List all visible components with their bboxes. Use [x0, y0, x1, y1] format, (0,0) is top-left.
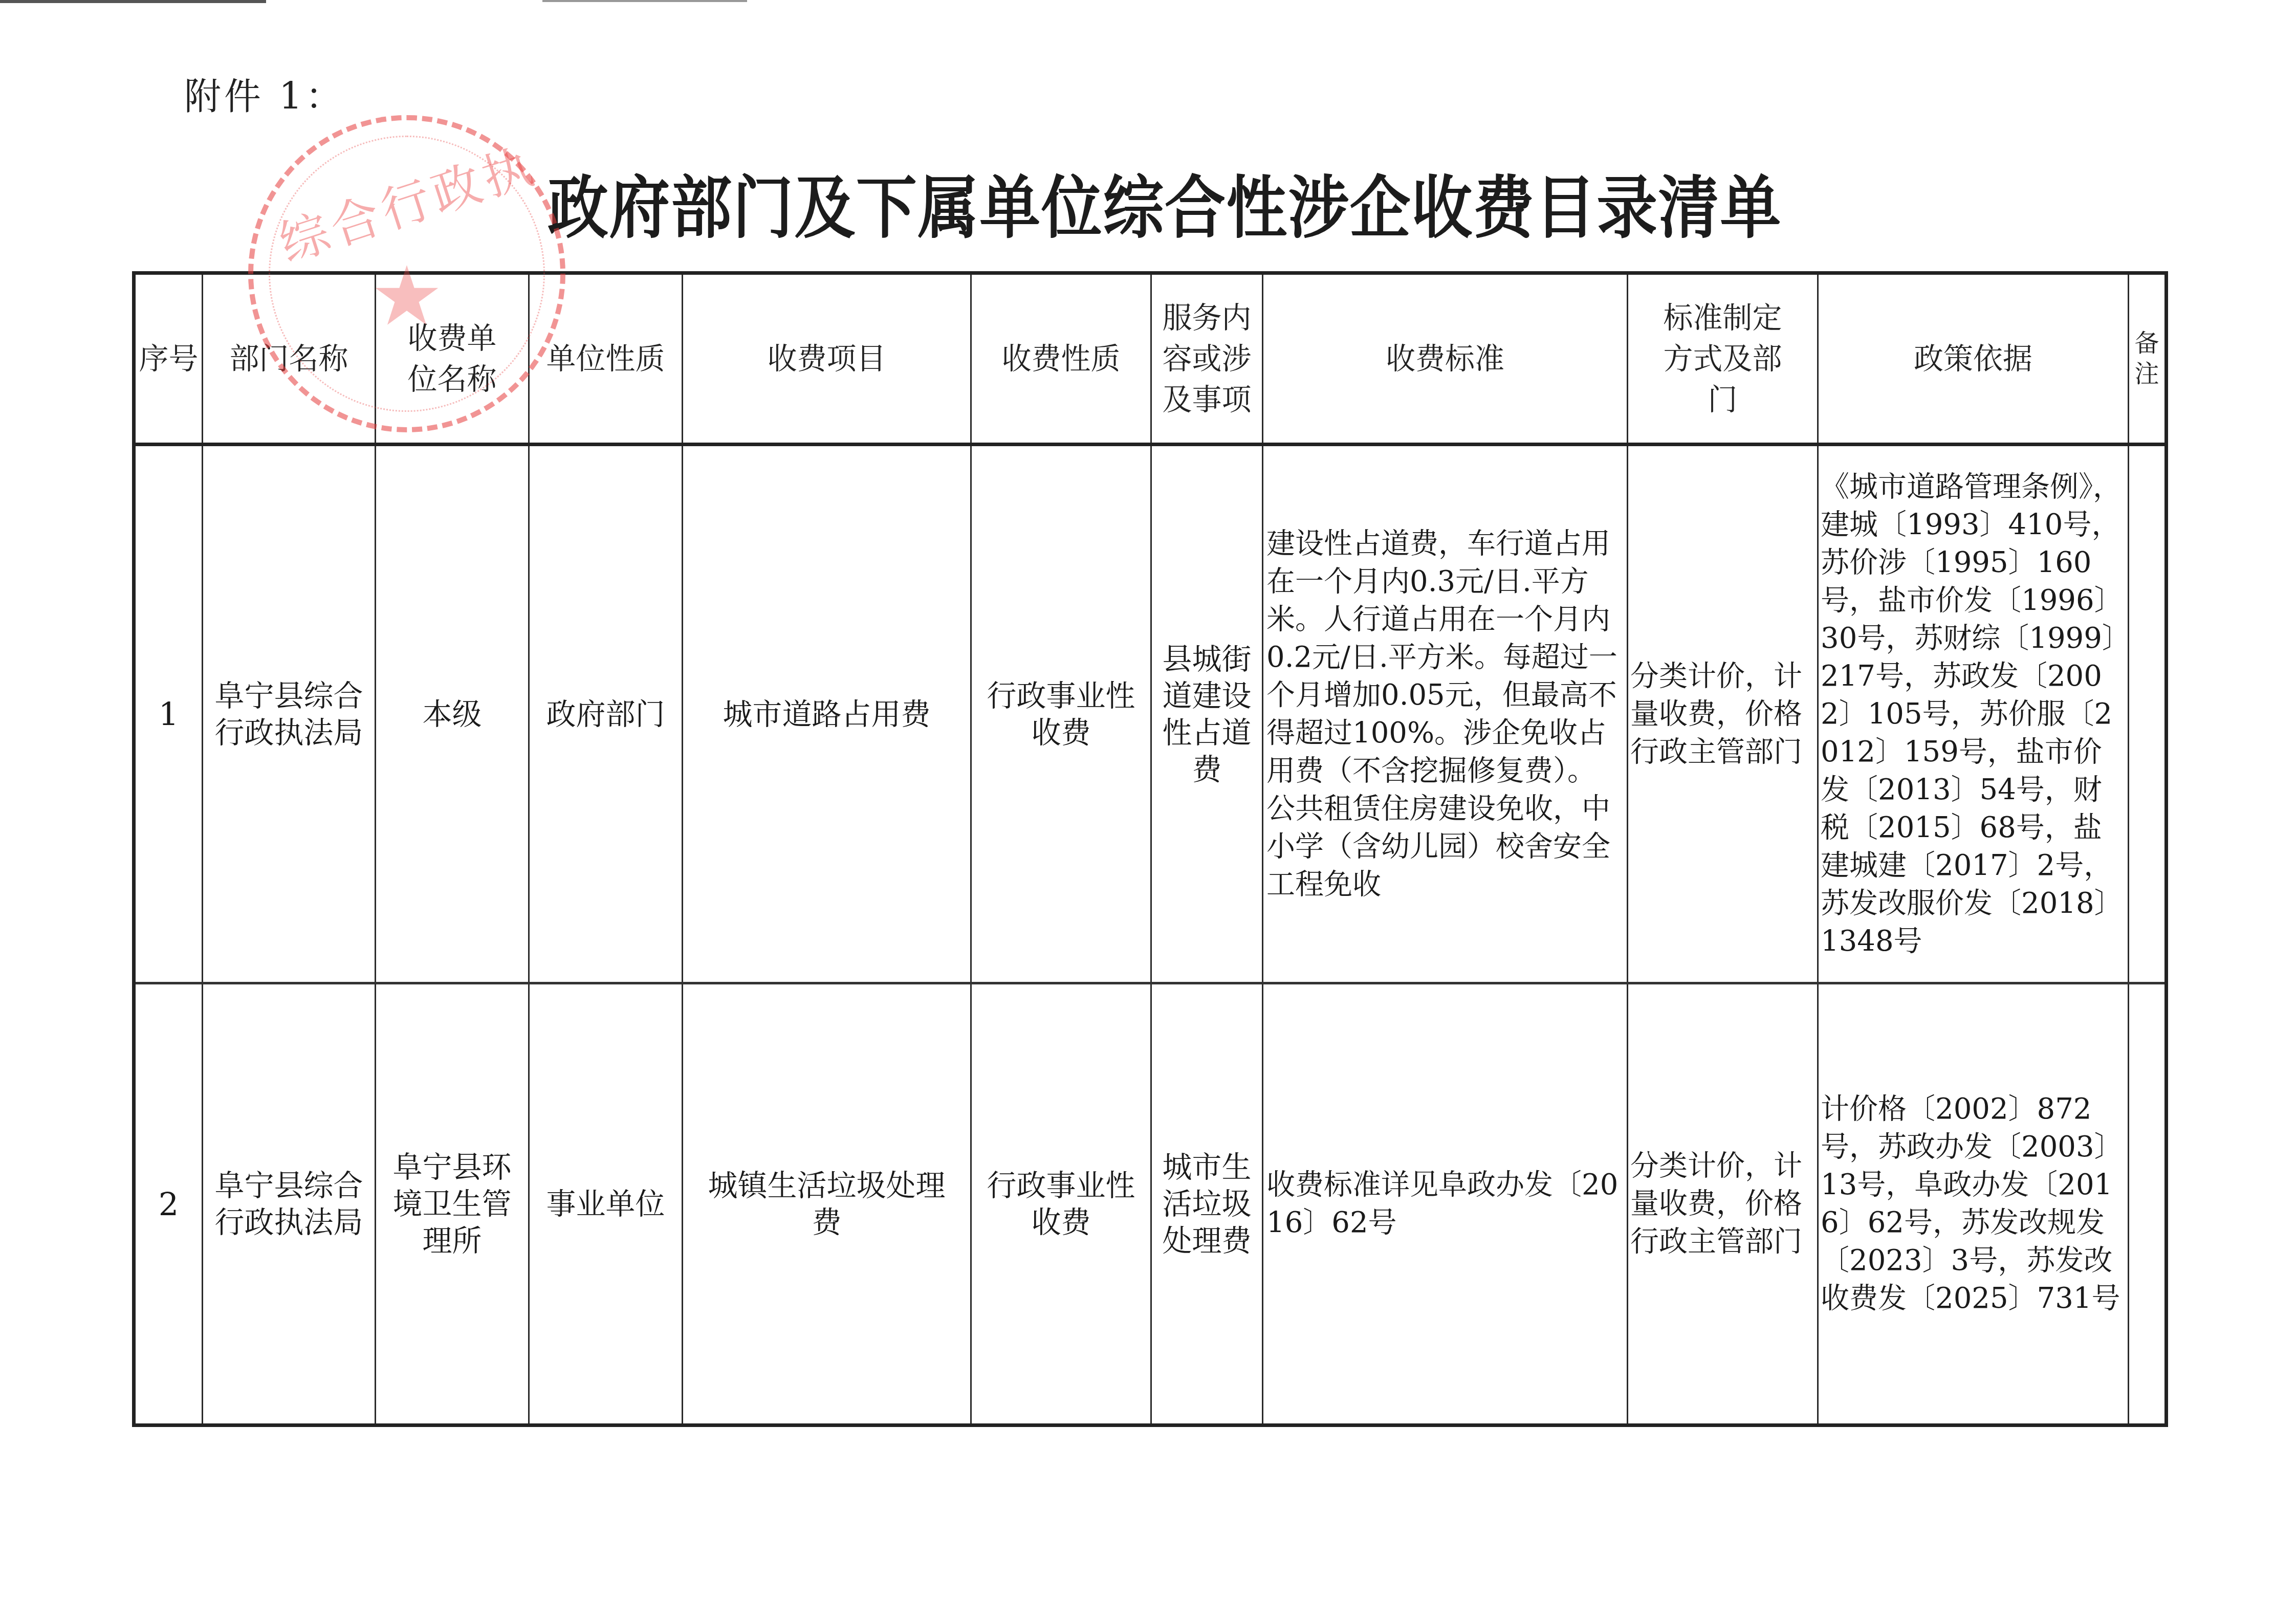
fee-catalog-table: 序号 部门名称 收费单位名称 单位性质 收费项目 收费性质 服务内容或涉及事项 …	[132, 271, 2168, 1427]
row-fee-standard: 收费标准详见阜政办发〔2016〕62号	[1263, 983, 1628, 1425]
table-header-row: 序号 部门名称 收费单位名称 单位性质 收费项目 收费性质 服务内容或涉及事项 …	[134, 273, 2167, 445]
row-remarks	[2129, 445, 2167, 983]
row-service-content: 城市生活垃圾处理费	[1151, 983, 1263, 1425]
header-standard-method: 标准制定方式及部门	[1628, 273, 1818, 445]
attachment-label: 附件 1：	[184, 67, 345, 120]
row-standard-method: 分类计价，计量收费，价格行政主管部门	[1628, 983, 1818, 1425]
header-fee-standard: 收费标准	[1263, 273, 1628, 445]
table-row: 2 阜宁县综合行政执法局 阜宁县环境卫生管理所 事业单位 城镇生活垃圾处理费 行…	[134, 983, 2167, 1425]
header-department: 部门名称	[203, 273, 376, 445]
table-row: 1 阜宁县综合行政执法局 本级 政府部门 城市道路占用费 行政事业性收费 县城街…	[134, 445, 2167, 983]
row-unit-nature: 政府部门	[529, 445, 683, 983]
row-fee-standard: 建设性占道费，车行道占用在一个月内0.3元/日.平方米。人行道占用在一个月内0.…	[1263, 445, 1628, 983]
row-charging-unit: 阜宁县环境卫生管理所	[376, 983, 529, 1425]
row-unit-nature: 事业单位	[529, 983, 683, 1425]
row-fee-nature: 行政事业性收费	[971, 983, 1151, 1425]
document-title: 政府部门及下属单位综合性涉企收费目录清单	[548, 153, 1782, 251]
row-index: 1	[134, 445, 203, 983]
header-policy-basis: 政策依据	[1818, 273, 2129, 445]
header-remarks: 备注	[2129, 273, 2167, 445]
header-fee-nature: 收费性质	[971, 273, 1151, 445]
row-department: 阜宁县综合行政执法局	[203, 983, 376, 1425]
row-fee-item: 城镇生活垃圾处理费	[683, 983, 971, 1425]
header-unit-nature: 单位性质	[529, 273, 683, 445]
seal-text: 综合行政执	[250, 121, 564, 282]
row-policy-basis: 计价格〔2002〕872号，苏政办发〔2003〕13号，阜政办发〔2016〕62…	[1818, 983, 2129, 1425]
header-index: 序号	[134, 273, 203, 445]
row-fee-item: 城市道路占用费	[683, 445, 971, 983]
header-service-content: 服务内容或涉及事项	[1151, 273, 1263, 445]
row-service-content: 县城街道建设性占道费	[1151, 445, 1263, 983]
row-charging-unit: 本级	[376, 445, 529, 983]
row-department: 阜宁县综合行政执法局	[203, 445, 376, 983]
row-standard-method: 分类计价，计量收费，价格行政主管部门	[1628, 445, 1818, 983]
scan-edge-mark	[542, 0, 747, 2]
scan-edge-mark	[0, 0, 266, 3]
header-fee-item: 收费项目	[683, 273, 971, 445]
row-fee-nature: 行政事业性收费	[971, 445, 1151, 983]
header-charging-unit: 收费单位名称	[376, 273, 529, 445]
row-remarks	[2129, 983, 2167, 1425]
row-policy-basis: 《城市道路管理条例》，建城〔1993〕410号，苏价涉〔1995〕160号，盐市…	[1818, 445, 2129, 983]
row-index: 2	[134, 983, 203, 1425]
